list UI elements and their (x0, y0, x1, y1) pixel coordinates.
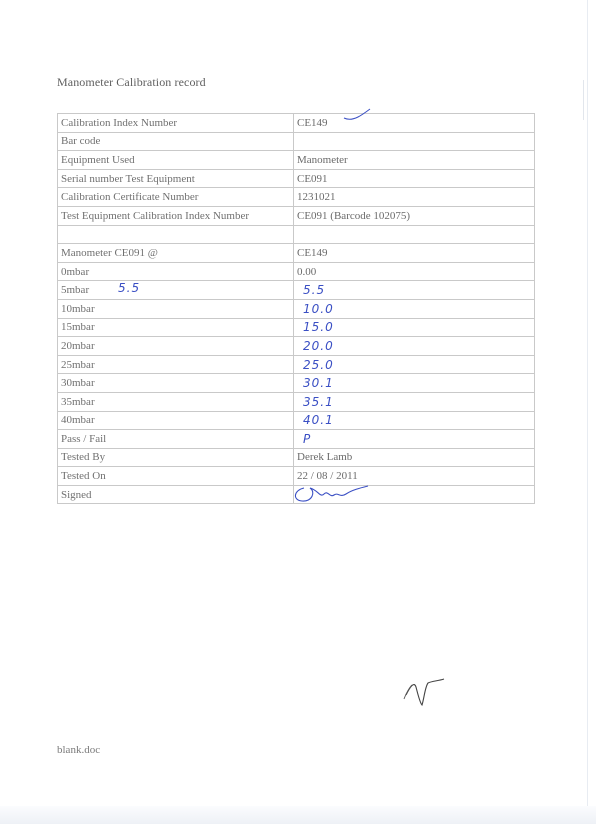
table-row: Manometer CE091 @CE149 (58, 244, 535, 263)
calibration-table: Calibration Index NumberCE149Bar codeEqu… (57, 113, 535, 504)
row-value: 1231021 (294, 188, 535, 207)
row-label: 0mbar (58, 262, 294, 281)
table-row: Serial number Test EquipmentCE091 (58, 169, 535, 188)
row-label: 15mbar (58, 318, 294, 337)
handwritten-value: 10.0 (297, 302, 334, 316)
row-value: 15.0 (294, 318, 535, 337)
row-label: Pass / Fail (58, 430, 294, 449)
table-row: 25mbar25.0 (58, 355, 535, 374)
row-value: Derek Lamb (294, 448, 535, 467)
row-label-text: Calibration Certificate Number (61, 191, 198, 203)
table-row: 10mbar10.0 (58, 299, 535, 318)
row-label: Test Equipment Calibration Index Number (58, 206, 294, 225)
row-label-text: Calibration Index Number (61, 117, 177, 129)
row-label-text: Bar code (61, 135, 100, 147)
row-label: Bar code (58, 132, 294, 151)
row-label: Signed (58, 485, 294, 504)
row-value: 40.1 (294, 411, 535, 430)
row-label-text: 5mbar (61, 284, 89, 296)
row-value: 35.1 (294, 392, 535, 411)
row-value-text: 1231021 (297, 191, 336, 203)
row-label-text: 40mbar (61, 414, 95, 426)
row-label: 30mbar (58, 374, 294, 393)
row-label-text: Tested By (61, 451, 105, 463)
row-value: CE149 (294, 114, 535, 133)
row-value: 5.5 (294, 281, 535, 300)
table-row: 15mbar15.0 (58, 318, 535, 337)
handwritten-value: 20.0 (297, 339, 334, 353)
handwritten-reading: 5.5 (118, 281, 140, 295)
row-label: 40mbar (58, 411, 294, 430)
row-value-text: CE091 (Barcode 102075) (297, 210, 410, 222)
row-value: 10.0 (294, 299, 535, 318)
row-label-text: Pass / Fail (61, 433, 106, 445)
table-row: Test Equipment Calibration Index NumberC… (58, 206, 535, 225)
table-row: 35mbar35.1 (58, 392, 535, 411)
row-label-text: 35mbar (61, 396, 95, 408)
row-label-text: Signed (61, 489, 92, 501)
row-label: Calibration Index Number (58, 114, 294, 133)
scan-edge-mark (583, 80, 584, 120)
row-label: Tested By (58, 448, 294, 467)
row-label: 5mbar5.5 (58, 281, 294, 300)
table-row: 20mbar20.0 (58, 337, 535, 356)
row-value-text: CE149 (297, 117, 328, 129)
row-label: Manometer CE091 @ (58, 244, 294, 263)
row-value (294, 225, 535, 244)
table-row: Calibration Index NumberCE149 (58, 114, 535, 133)
row-value: 20.0 (294, 337, 535, 356)
row-value: Manometer (294, 151, 535, 170)
footer-filename: blank.doc (57, 744, 100, 756)
row-value (294, 132, 535, 151)
initials-signature (400, 673, 450, 713)
row-label-text: 15mbar (61, 321, 95, 333)
row-label-text: 30mbar (61, 377, 95, 389)
row-label: Serial number Test Equipment (58, 169, 294, 188)
row-value: P (294, 430, 535, 449)
table-row: Calibration Certificate Number1231021 (58, 188, 535, 207)
handwritten-value: 25.0 (297, 358, 334, 372)
row-value: 25.0 (294, 355, 535, 374)
row-label: Equipment Used (58, 151, 294, 170)
handwritten-value: P (297, 432, 311, 446)
row-label-text: Test Equipment Calibration Index Number (61, 210, 249, 222)
table-row (58, 225, 535, 244)
row-label: Calibration Certificate Number (58, 188, 294, 207)
row-label (58, 225, 294, 244)
row-label-text: Manometer CE091 @ (61, 247, 158, 259)
table-row: Pass / FailP (58, 430, 535, 449)
table-row: 0mbar0.00 (58, 262, 535, 281)
table-row: Equipment UsedManometer (58, 151, 535, 170)
row-label: Tested On (58, 467, 294, 486)
row-label-text: Serial number Test Equipment (61, 173, 195, 185)
table-row: Signed (58, 485, 535, 504)
handwritten-value: 30.1 (297, 376, 334, 390)
row-value: CE091 (Barcode 102075) (294, 206, 535, 225)
table-row: 30mbar30.1 (58, 374, 535, 393)
row-label: 10mbar (58, 299, 294, 318)
handwritten-value: 35.1 (297, 395, 334, 409)
row-label-text: 0mbar (61, 266, 89, 278)
signature-scribble (290, 480, 370, 506)
row-value-text: 0.00 (297, 266, 316, 278)
table-row: Bar code (58, 132, 535, 151)
row-label: 20mbar (58, 337, 294, 356)
row-value-text: CE149 (297, 247, 328, 259)
handwritten-value: 40.1 (297, 413, 334, 427)
handwritten-value: 15.0 (297, 320, 334, 334)
row-value (294, 485, 535, 504)
document-title: Manometer Calibration record (57, 75, 206, 90)
row-value: CE091 (294, 169, 535, 188)
row-value-text: CE091 (297, 173, 328, 185)
checkmark-icon (342, 108, 372, 122)
row-value: 0.00 (294, 262, 535, 281)
row-value-text: Manometer (297, 154, 348, 166)
row-label-text: 25mbar (61, 359, 95, 371)
row-label-text: 20mbar (61, 340, 95, 352)
row-label: 25mbar (58, 355, 294, 374)
table-row: 5mbar5.55.5 (58, 281, 535, 300)
row-value-text: Derek Lamb (297, 451, 352, 463)
row-label-text: Equipment Used (61, 154, 135, 166)
table-row: Tested ByDerek Lamb (58, 448, 535, 467)
row-label-text: 10mbar (61, 303, 95, 315)
handwritten-value: 5.5 (297, 283, 325, 297)
row-value: 30.1 (294, 374, 535, 393)
table-row: 40mbar40.1 (58, 411, 535, 430)
row-label-text: Tested On (61, 470, 106, 482)
scan-edge (587, 0, 588, 824)
row-label: 35mbar (58, 392, 294, 411)
row-value: CE149 (294, 244, 535, 263)
scan-shadow (0, 806, 596, 824)
